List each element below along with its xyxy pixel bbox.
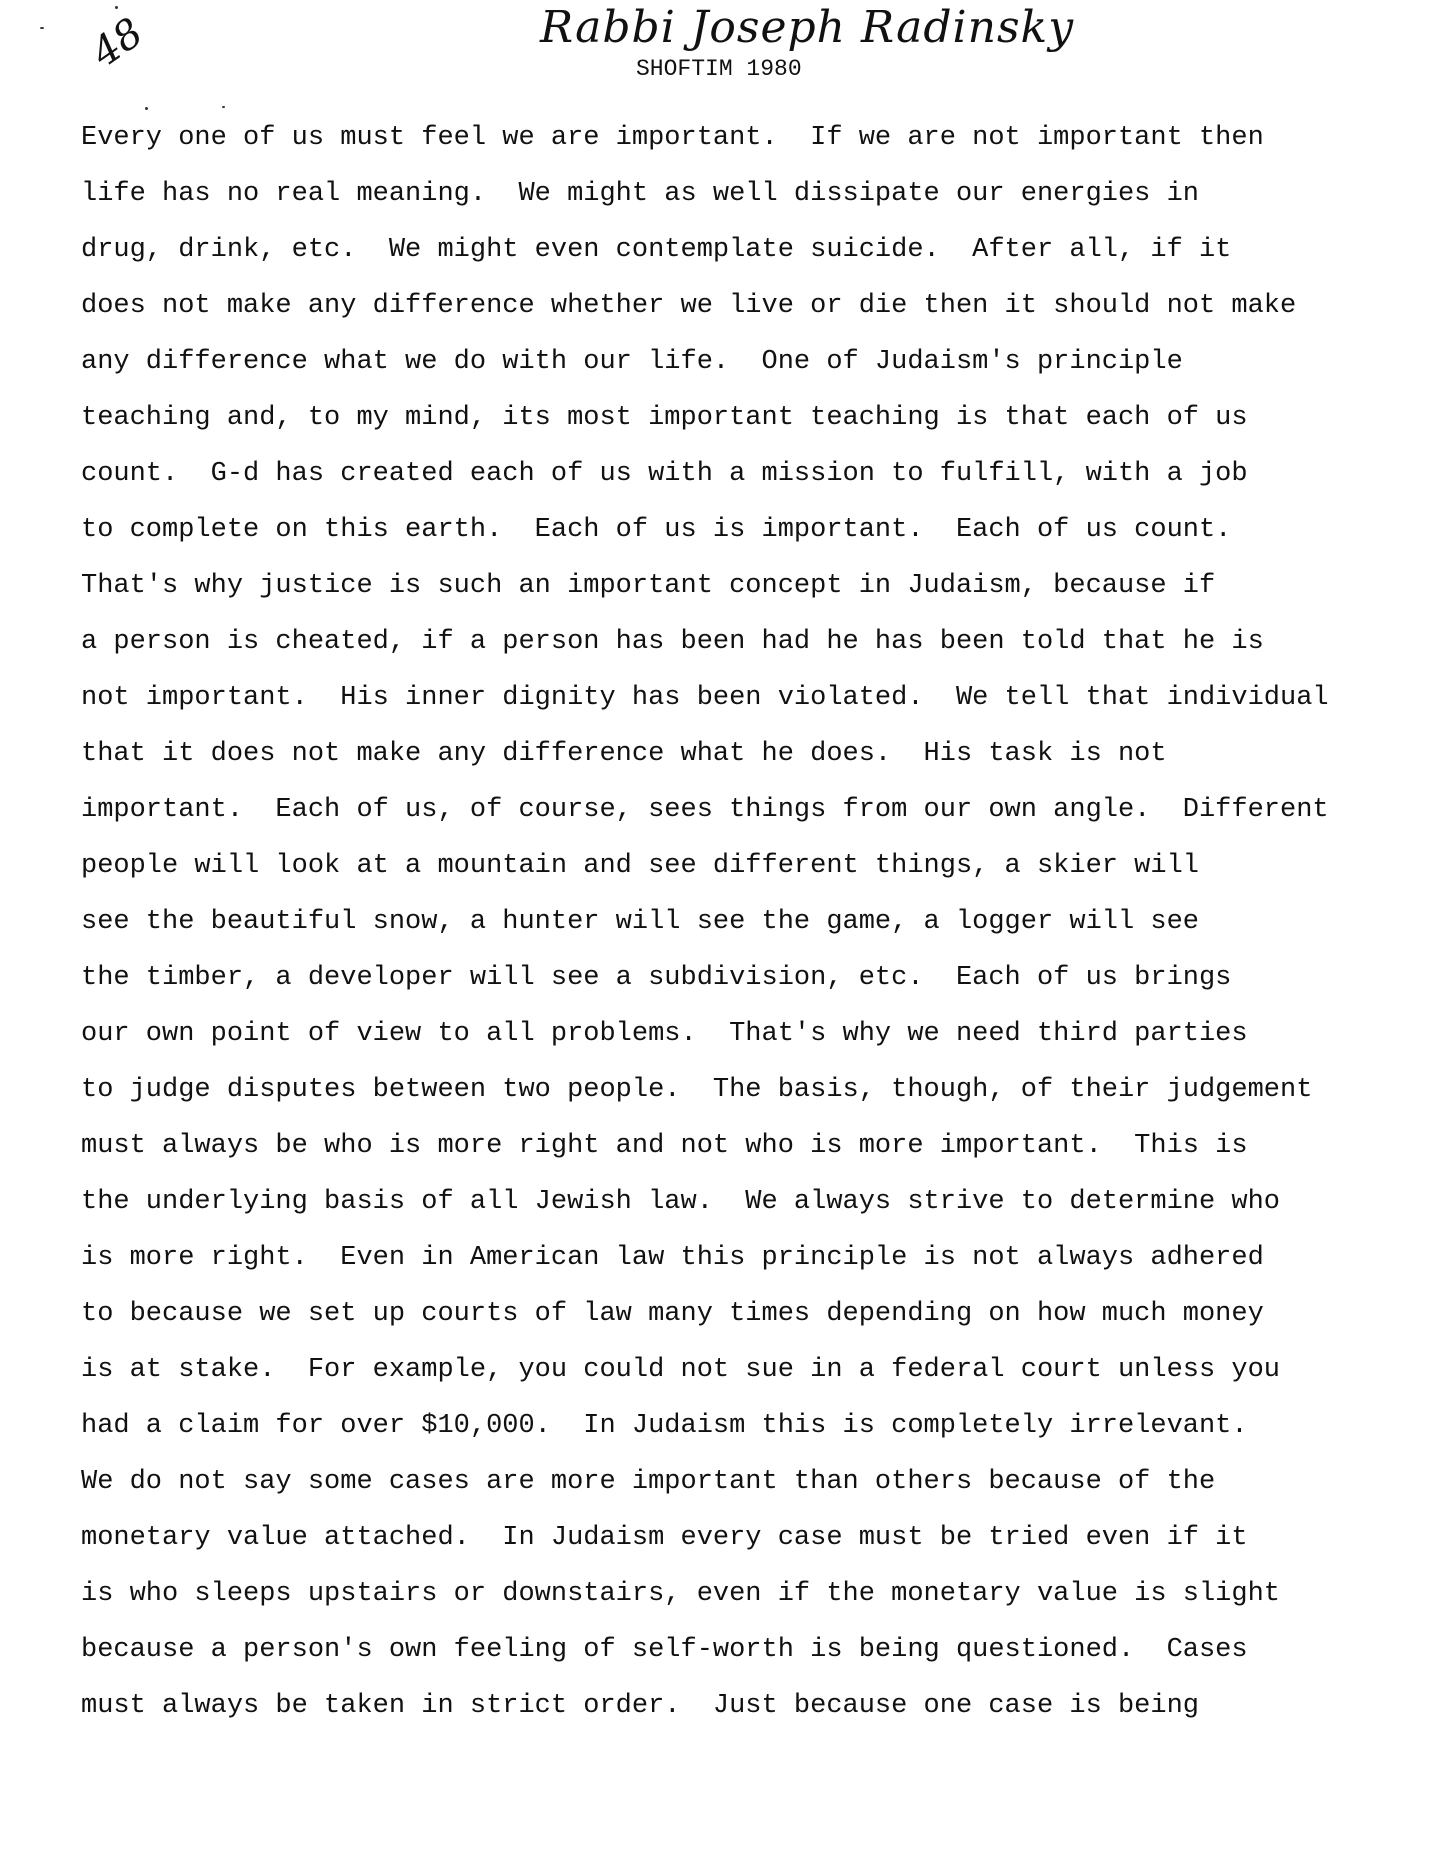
text-line: Every one of us must feel we are importa… <box>81 110 1421 166</box>
text-line: our own point of view to all problems. T… <box>81 1006 1421 1062</box>
text-line: because a person's own feeling of self-w… <box>81 1622 1421 1678</box>
text-line: people will look at a mountain and see d… <box>81 838 1421 894</box>
text-line: is more right. Even in American law this… <box>81 1230 1421 1286</box>
text-line: teaching and, to my mind, its most impor… <box>81 390 1421 446</box>
scan-speck <box>40 27 44 29</box>
text-line: must always be taken in strict order. Ju… <box>81 1678 1421 1734</box>
text-line: the underlying basis of all Jewish law. … <box>81 1174 1421 1230</box>
text-line: is at stake. For example, you could not … <box>81 1342 1421 1398</box>
document-page: 48 Rabbi Joseph Radinsky SHOFTIM 1980 Ev… <box>0 0 1430 1851</box>
text-line: count. G-d has created each of us with a… <box>81 446 1421 502</box>
text-line: important. Each of us, of course, sees t… <box>81 782 1421 838</box>
text-line: to complete on this earth. Each of us is… <box>81 502 1421 558</box>
handwritten-author: Rabbi Joseph Radinsky <box>540 2 1074 53</box>
text-line: monetary value attached. In Judaism ever… <box>81 1510 1421 1566</box>
text-line: to because we set up courts of law many … <box>81 1286 1421 1342</box>
text-line: any difference what we do with our life.… <box>81 334 1421 390</box>
handwritten-page-number: 48 <box>83 10 151 77</box>
text-line: must always be who is more right and not… <box>81 1118 1421 1174</box>
document-heading: SHOFTIM 1980 <box>636 56 802 82</box>
text-line: does not make any difference whether we … <box>81 278 1421 334</box>
text-line: life has no real meaning. We might as we… <box>81 166 1421 222</box>
text-line: that it does not make any difference wha… <box>81 726 1421 782</box>
text-line: That's why justice is such an important … <box>81 558 1421 614</box>
text-line: a person is cheated, if a person has bee… <box>81 614 1421 670</box>
text-line: is who sleeps upstairs or downstairs, ev… <box>81 1566 1421 1622</box>
scan-speck <box>115 6 118 9</box>
text-line: drug, drink, etc. We might even contempl… <box>81 222 1421 278</box>
document-body: Every one of us must feel we are importa… <box>81 110 1421 1734</box>
text-line: had a claim for over $10,000. In Judaism… <box>81 1398 1421 1454</box>
text-line: We do not say some cases are more import… <box>81 1454 1421 1510</box>
text-line: see the beautiful snow, a hunter will se… <box>81 894 1421 950</box>
text-line: not important. His inner dignity has bee… <box>81 670 1421 726</box>
scan-speck <box>222 106 225 108</box>
text-line: the timber, a developer will see a subdi… <box>81 950 1421 1006</box>
text-line: to judge disputes between two people. Th… <box>81 1062 1421 1118</box>
